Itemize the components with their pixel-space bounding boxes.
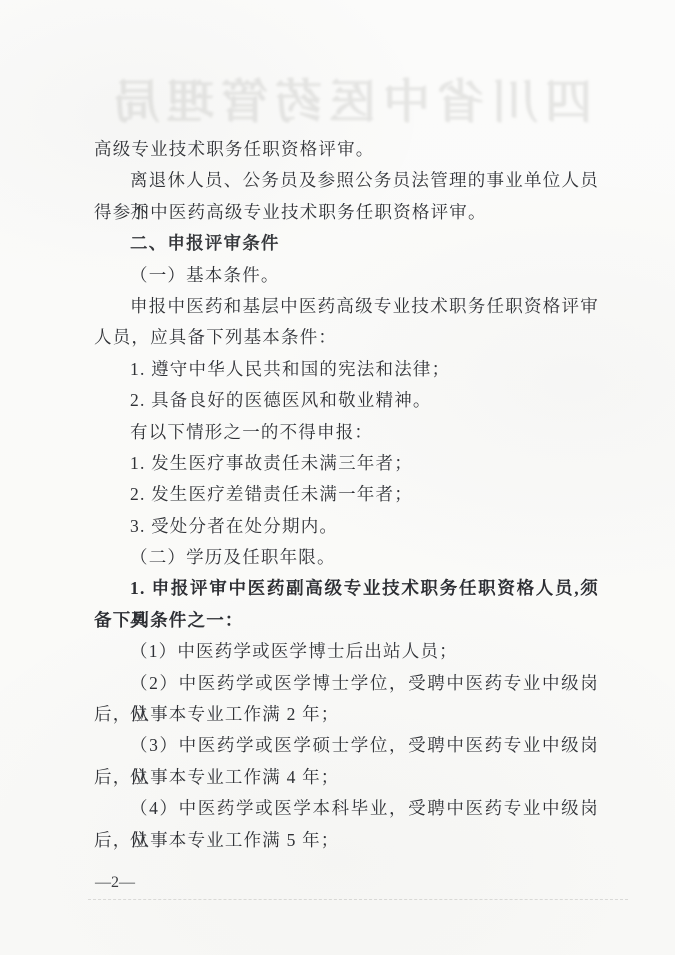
text-line: （二）学历及任职年限。 — [94, 542, 599, 573]
text-line: （一）基本条件。 — [94, 260, 599, 291]
text-line: （3）中医药学或医学硕士学位，受聘中医药专业中级岗位 — [94, 730, 599, 761]
text-line: （2）中医药学或医学博士学位，受聘中医药专业中级岗位 — [94, 668, 599, 699]
text-line: 1. 遵守中华人民共和国的宪法和法律； — [94, 354, 599, 385]
text-line: （1）中医药学或医学博士后出站人员； — [94, 636, 599, 667]
text-line: 高级专业技术职务任职资格评审。 — [94, 134, 599, 165]
text-line: 2. 具备良好的医德医风和敬业精神。 — [94, 385, 599, 416]
text-line: 后，从事本专业工作满 4 年； — [94, 762, 599, 793]
text-line: 二、申报评审条件 — [94, 228, 599, 259]
document-body: 高级专业技术职务任职资格评审。离退休人员、公务员及参照公务员法管理的事业单位人员… — [94, 134, 599, 856]
text-line: 2. 发生医疗差错责任未满一年者； — [94, 479, 599, 510]
text-line: 有以下情形之一的不得申报： — [94, 417, 599, 448]
text-line: 1. 申报评审中医药副高级专业技术职务任职资格人员,须具 — [94, 573, 599, 604]
text-line: 申报中医药和基层中医药高级专业技术职务任职资格评审 — [94, 291, 599, 322]
text-line: 得参加中医药高级专业技术职务任职资格评审。 — [94, 197, 599, 228]
bleedthrough-ghost-title: 四川省中医药管理局 — [88, 74, 610, 132]
scanned-document-page: 四川省中医药管理局 高级专业技术职务任职资格评审。离退休人员、公务员及参照公务员… — [0, 0, 675, 955]
text-line: 离退休人员、公务员及参照公务员法管理的事业单位人员不 — [94, 165, 599, 196]
page-number: —2— — [95, 874, 135, 892]
text-line: 人员，应具备下列基本条件： — [94, 322, 599, 353]
scan-artifact-line — [88, 899, 628, 900]
text-line: 备下列条件之一： — [94, 605, 599, 636]
text-line: 3. 受处分者在处分期内。 — [94, 511, 599, 542]
text-line: （4）中医药学或医学本科毕业，受聘中医药专业中级岗位 — [94, 793, 599, 824]
text-line: 1. 发生医疗事故责任未满三年者； — [94, 448, 599, 479]
text-line: 后，从事本专业工作满 2 年； — [94, 699, 599, 730]
text-line: 后，从事本专业工作满 5 年； — [94, 825, 599, 856]
